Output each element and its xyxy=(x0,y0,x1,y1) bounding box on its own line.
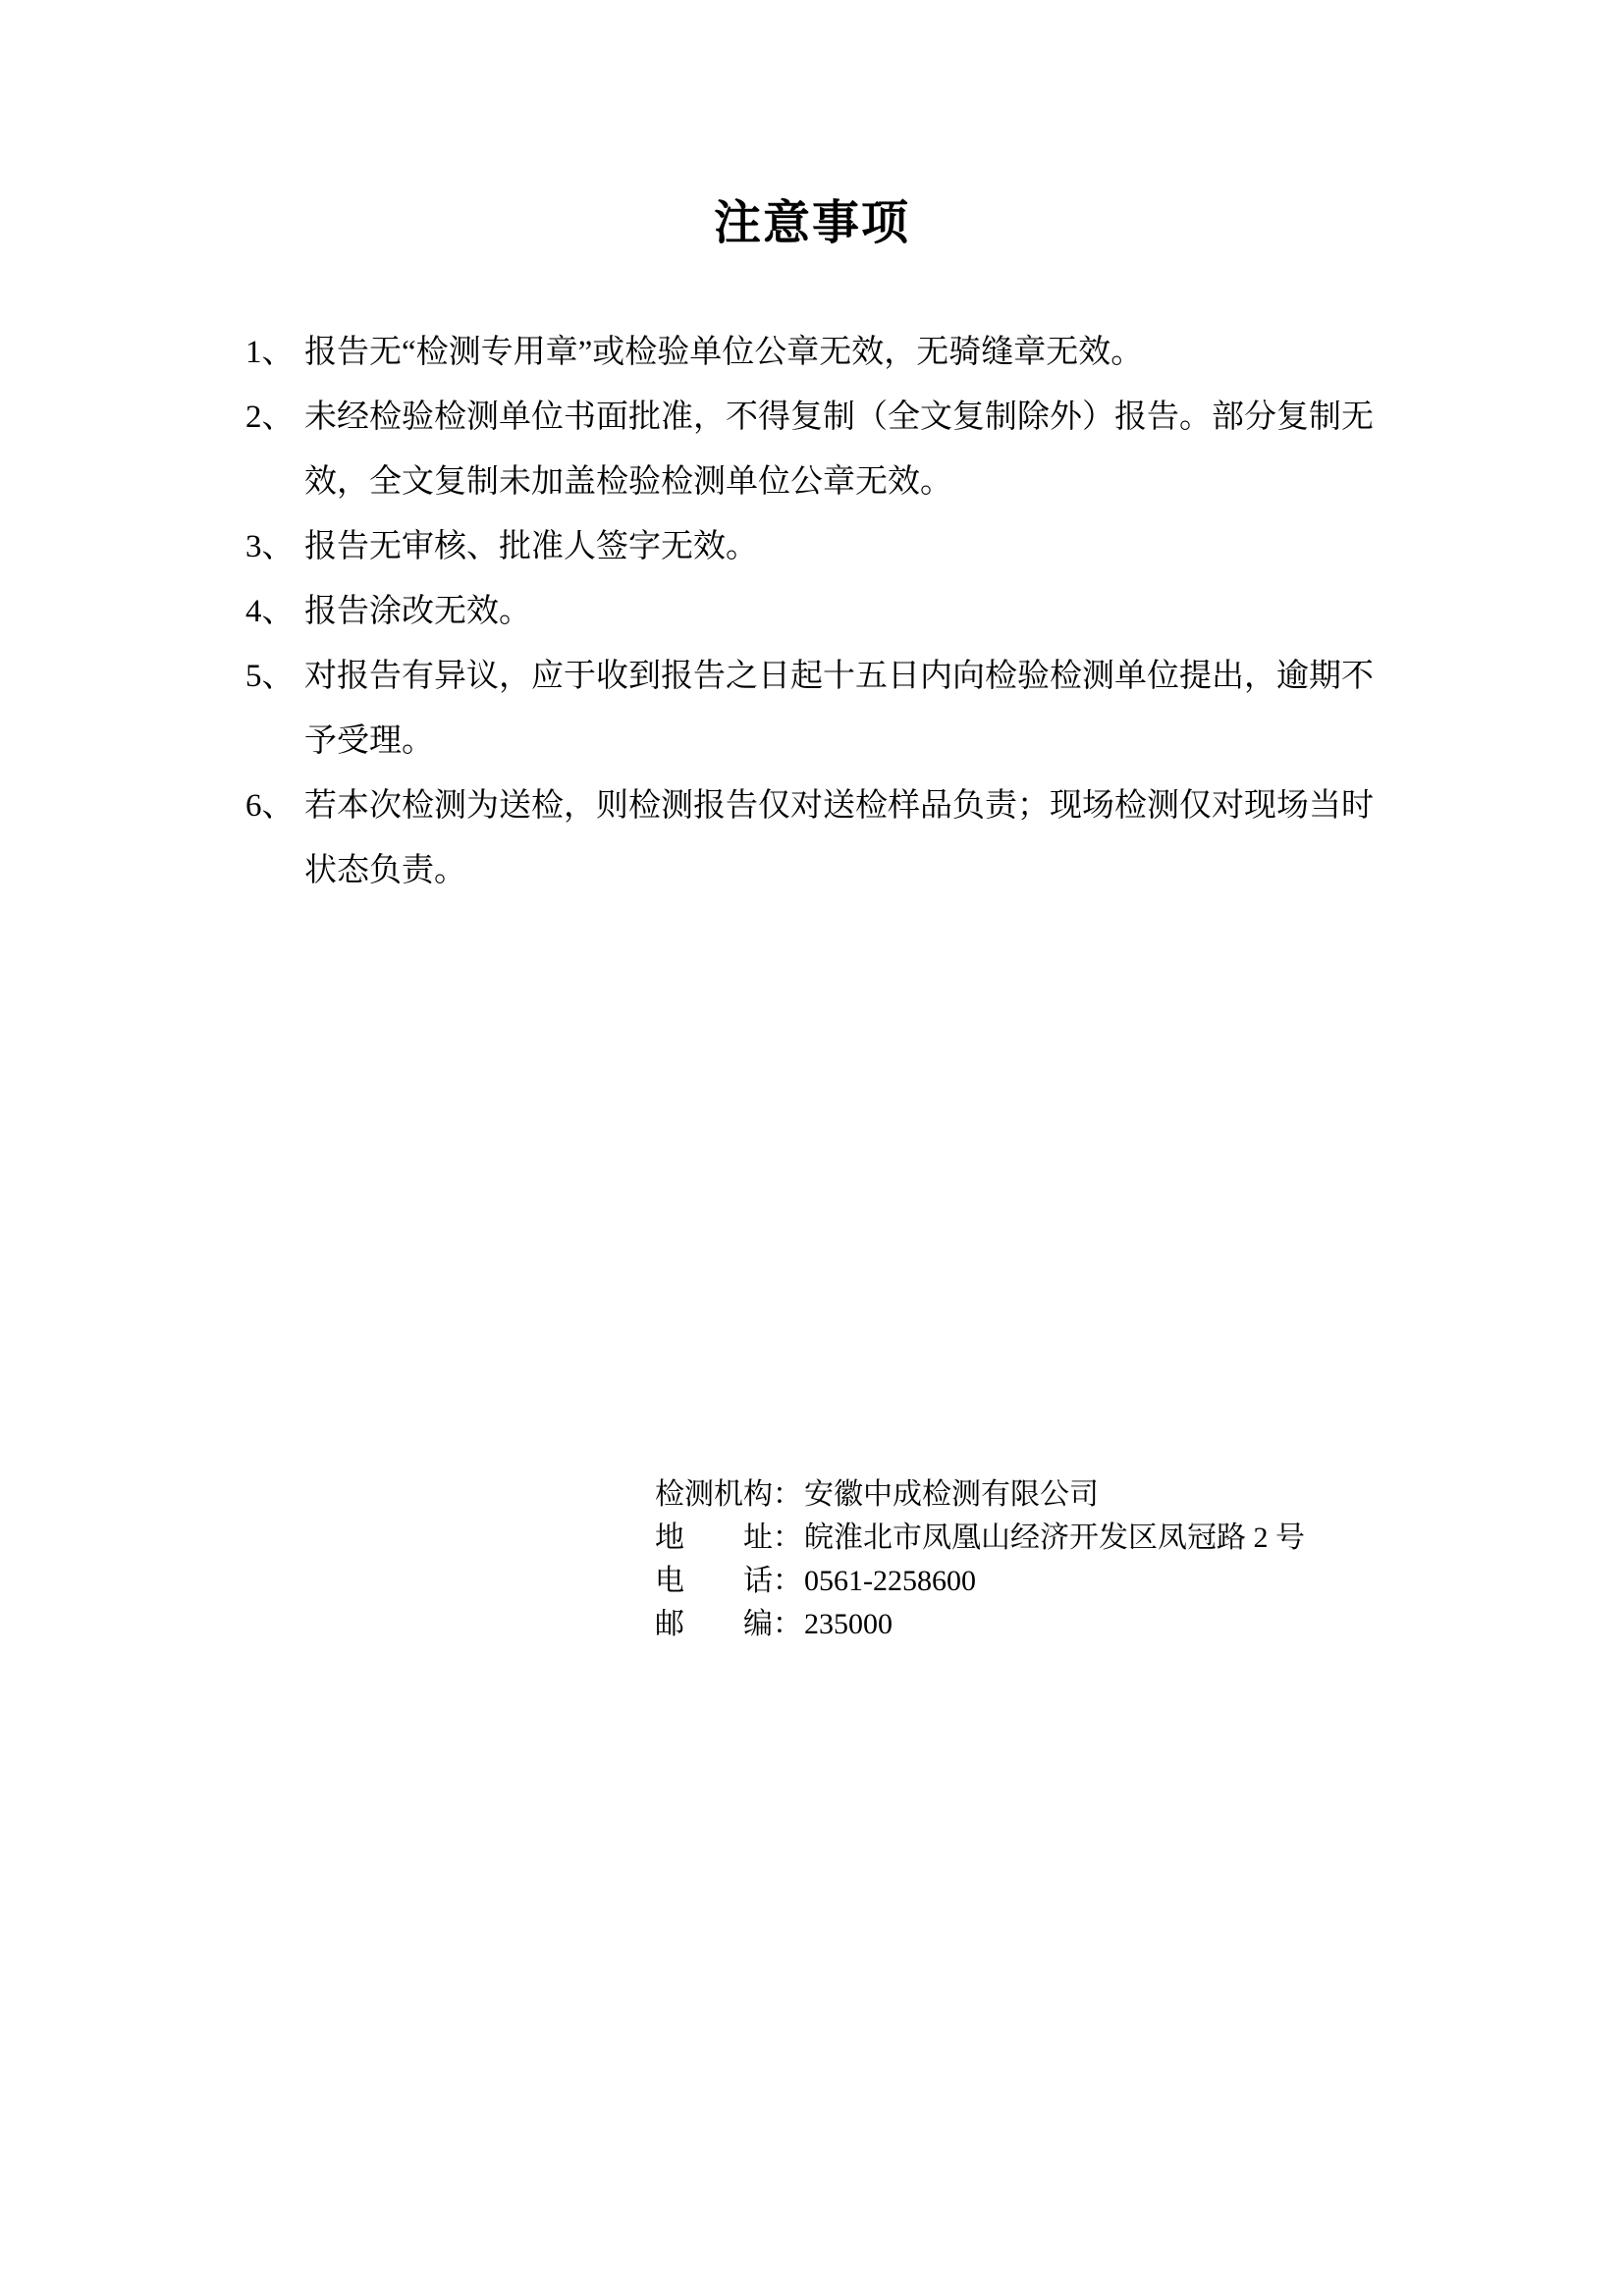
notice-line: 予受理。 xyxy=(304,709,1394,774)
notice-item-number: 3、 xyxy=(245,514,295,579)
contact-label: 检测机构 xyxy=(655,1473,773,1517)
notice-line: 未经检验检测单位书面批准，不得复制（全文复制除外）报告。部分复制无 xyxy=(304,385,1394,450)
contact-row-address: 地 址：皖淮北市凤凰山经济开发区凤冠路 2 号 xyxy=(655,1517,1305,1560)
contact-value-phone: 0561-2258600 xyxy=(804,1560,976,1603)
notice-item-6: 6、 若本次检测为送检，则检测报告仅对送检样品负责；现场检测仅对现场当时 状态负… xyxy=(245,774,1394,903)
contact-label: 地 址 xyxy=(655,1517,773,1560)
contact-value-agency: 安徽中成检测有限公司 xyxy=(804,1473,1099,1517)
notice-item-number: 1、 xyxy=(245,320,295,385)
contact-colon: ： xyxy=(773,1560,802,1603)
contact-label: 电 话 xyxy=(655,1560,773,1603)
notice-item-number: 4、 xyxy=(245,579,295,644)
notice-line: 状态负责。 xyxy=(304,838,1394,903)
page-title: 注意事项 xyxy=(0,194,1624,253)
contact-row-postcode: 邮 编：235000 xyxy=(655,1603,1305,1646)
notice-line: 若本次检测为送检，则检测报告仅对送检样品负责；现场检测仅对现场当时 xyxy=(304,774,1394,838)
contact-value-address: 皖淮北市凤凰山经济开发区凤冠路 2 号 xyxy=(804,1517,1305,1560)
notice-list: 1、 报告无“检测专用章”或检验单位公章无效，无骑缝章无效。 2、 未经检验检测… xyxy=(245,320,1394,903)
notice-line: 报告无“检测专用章”或检验单位公章无效，无骑缝章无效。 xyxy=(304,320,1394,385)
contact-label: 邮 编 xyxy=(655,1603,773,1646)
contact-colon: ： xyxy=(773,1473,802,1517)
contact-row-phone: 电 话：0561-2258600 xyxy=(655,1560,1305,1603)
notice-item-number: 5、 xyxy=(245,644,295,709)
contact-row-agency: 检测机构：安徽中成检测有限公司 xyxy=(655,1473,1305,1517)
notice-item-5: 5、 对报告有异议，应于收到报告之日起十五日内向检验检测单位提出，逾期不 予受理… xyxy=(245,644,1394,774)
notice-item-number: 6、 xyxy=(245,774,295,838)
notice-line: 效，全文复制未加盖检验检测单位公章无效。 xyxy=(304,450,1394,514)
contact-colon: ： xyxy=(773,1517,802,1560)
notice-line: 报告涂改无效。 xyxy=(304,579,1394,644)
notice-item-3: 3、 报告无审核、批准人签字无效。 xyxy=(245,514,1394,579)
notice-item-1: 1、 报告无“检测专用章”或检验单位公章无效，无骑缝章无效。 xyxy=(245,320,1394,385)
document-page: 注意事项 1、 报告无“检测专用章”或检验单位公章无效，无骑缝章无效。 2、 未… xyxy=(0,0,1624,2296)
notice-line: 对报告有异议，应于收到报告之日起十五日内向检验检测单位提出，逾期不 xyxy=(304,644,1394,709)
notice-line: 报告无审核、批准人签字无效。 xyxy=(304,514,1394,579)
notice-item-2: 2、 未经检验检测单位书面批准，不得复制（全文复制除外）报告。部分复制无 效，全… xyxy=(245,385,1394,514)
notice-item-number: 2、 xyxy=(245,385,295,450)
notice-item-4: 4、 报告涂改无效。 xyxy=(245,579,1394,644)
contact-value-postcode: 235000 xyxy=(804,1603,893,1646)
contact-block: 检测机构：安徽中成检测有限公司 地 址：皖淮北市凤凰山经济开发区凤冠路 2 号 … xyxy=(655,1473,1305,1646)
contact-colon: ： xyxy=(773,1603,802,1646)
